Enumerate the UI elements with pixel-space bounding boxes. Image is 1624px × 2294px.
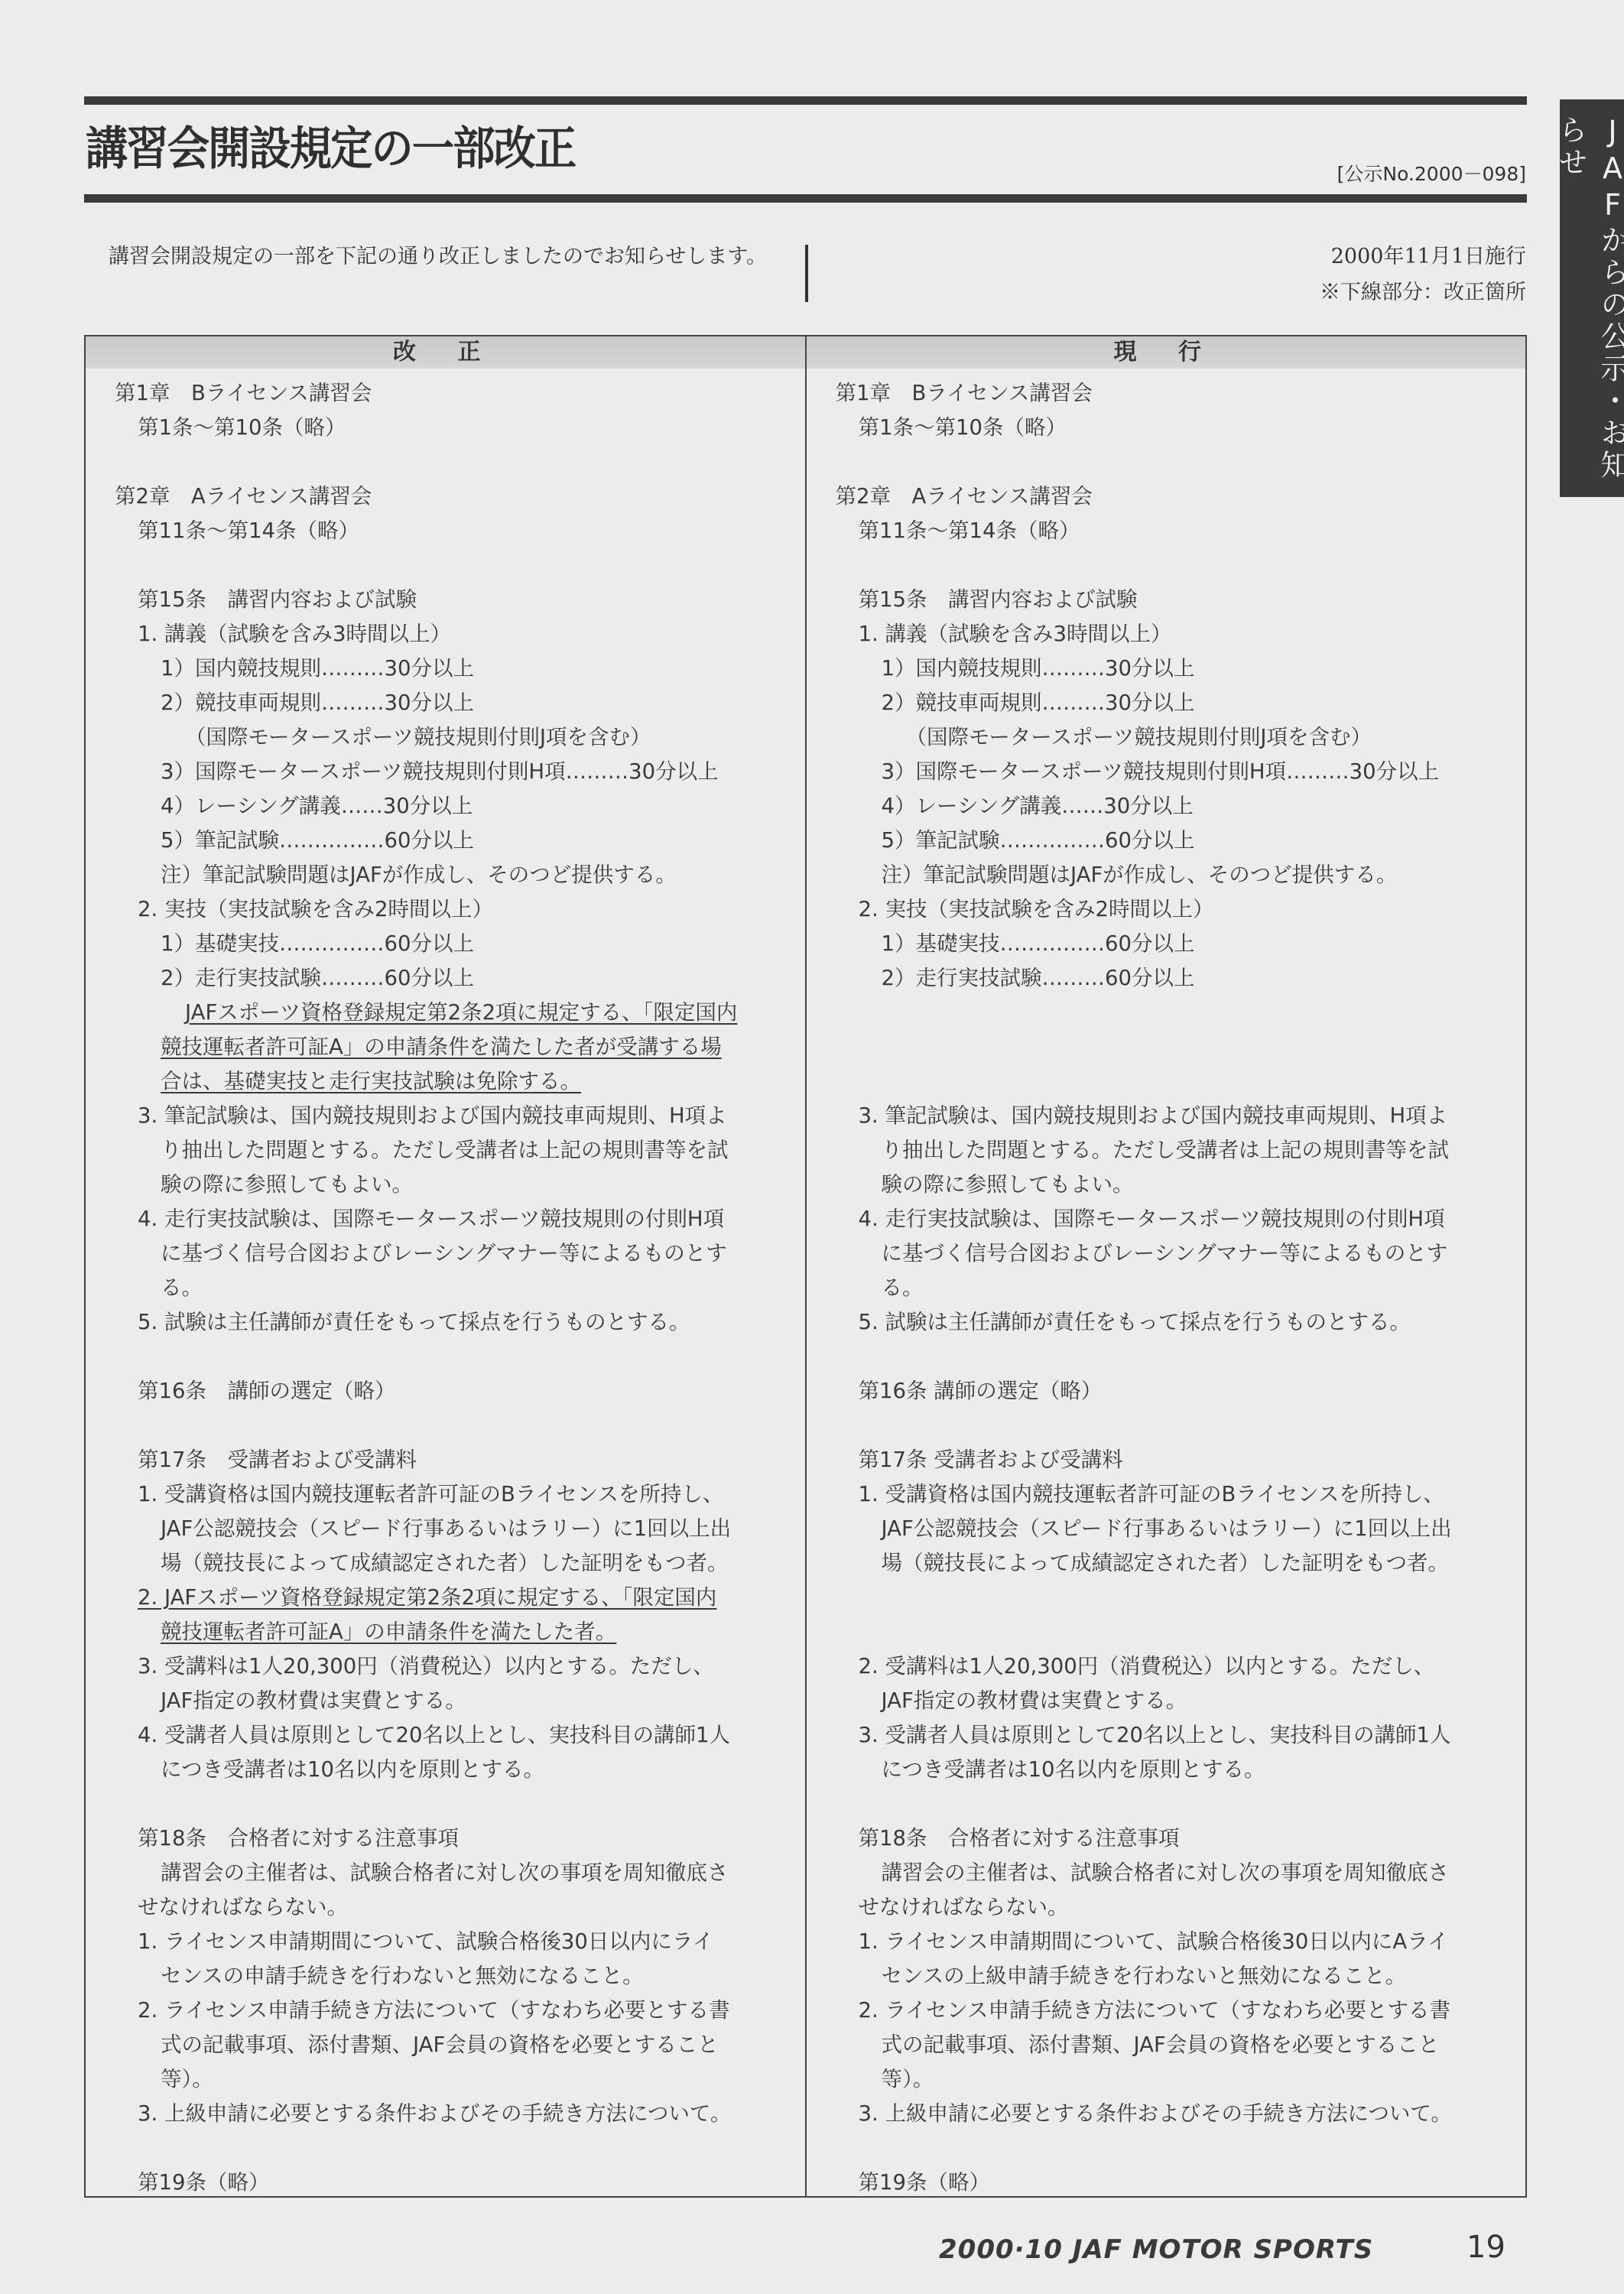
- table-line: 1. 受講資格は国内競技運転者許可証のBライセンスを所持し、: [836, 1477, 1503, 1512]
- spacer: [836, 1615, 1503, 1649]
- table-line: 2）競技車両規則………30分以上: [836, 686, 1503, 720]
- spacer: [836, 548, 1503, 583]
- intro-meta: 2000年11月1日施行 ※下線部分：改正箇所: [1320, 239, 1526, 310]
- column-header-current: 現 行: [807, 336, 1526, 369]
- section-tab: JAFからの公示・お知らせ: [1560, 99, 1624, 497]
- table-line: 2）走行実技試験………60分以上: [836, 961, 1503, 996]
- spacer: [115, 445, 782, 479]
- comparison-table: 改 正 第1章 Bライセンス講習会第1条～第10条（略）第2章 Aライセンス講習…: [84, 335, 1527, 2198]
- spacer: [836, 2131, 1503, 2166]
- table-line: 5）筆記試験……………60分以上: [115, 824, 782, 858]
- spacer: [836, 1581, 1503, 1615]
- table-line: （国際モータースポーツ競技規則付則J項を含む）: [836, 720, 1503, 755]
- table-line: 第1条～第10条（略）: [836, 411, 1503, 445]
- table-line: 第18条 合格者に対する注意事項: [836, 1821, 1503, 1856]
- table-line: る。: [836, 1271, 1503, 1305]
- table-line: 2. 実技（実技試験を含み2時間以上）: [115, 892, 782, 927]
- table-line: 3）国際モータースポーツ競技規則付則H項………30分以上: [836, 755, 1503, 789]
- table-line: 4. 受講者人員は原則として20名以上とし、実技科目の講師1人: [115, 1718, 782, 1753]
- table-line: 第15条 講習内容および試験: [115, 583, 782, 617]
- table-line: 第19条（略）: [836, 2166, 1503, 2200]
- table-line: 講習会の主催者は、試験合格者に対し次の事項を周知徹底さ: [836, 1856, 1503, 1890]
- table-line: JAF公認競技会（スピード行事あるいはラリー）に1回以上出: [115, 1512, 782, 1546]
- table-line: 場（競技長によって成績認定された者）した証明をもつ者。: [836, 1546, 1503, 1581]
- table-line: につき受講者は10名以内を原則とする。: [115, 1753, 782, 1787]
- table-line: 式の記載事項、添付書類、JAF会員の資格を必要とすること: [115, 2028, 782, 2062]
- table-line: 験の際に参照してもよい。: [836, 1168, 1503, 1202]
- table-line: に基づく信号合図およびレーシングマナー等によるものとす: [115, 1236, 782, 1271]
- table-line: 第15条 講習内容および試験: [836, 583, 1503, 617]
- table-line: 第19条（略）: [115, 2166, 782, 2200]
- table-line: 第11条～第14条（略）: [836, 514, 1503, 548]
- table-line: 1. 講義（試験を含み3時間以上）: [836, 617, 1503, 651]
- table-line: 第2章 Aライセンス講習会: [115, 479, 782, 514]
- table-line: 5）筆記試験……………60分以上: [836, 824, 1503, 858]
- table-line: 1）国内競技規則………30分以上: [836, 651, 1503, 686]
- table-line: 1. 講義（試験を含み3時間以上）: [115, 617, 782, 651]
- column-revised: 改 正 第1章 Bライセンス講習会第1条～第10条（略）第2章 Aライセンス講習…: [86, 336, 807, 2196]
- table-line: 第16条 講師の選定（略）: [115, 1374, 782, 1409]
- table-line: JAF指定の教材費は実費とする。: [115, 1684, 782, 1718]
- table-line: 3. 筆記試験は、国内競技規則および国内競技車両規則、H項よ: [115, 1099, 782, 1133]
- spacer: [836, 1340, 1503, 1374]
- table-line: り抽出した問題とする。ただし受講者は上記の規則書等を試: [115, 1133, 782, 1168]
- table-line: 験の際に参照してもよい。: [115, 1168, 782, 1202]
- table-line: 1）基礎実技……………60分以上: [115, 927, 782, 961]
- column-header-revised: 改 正: [86, 336, 805, 369]
- intro-text: 講習会開設規定の一部を下記の通り改正しましたのでお知らせします。: [86, 239, 774, 275]
- table-line: 1）基礎実技……………60分以上: [836, 927, 1503, 961]
- spacer: [115, 1340, 782, 1374]
- table-line: 等）。: [836, 2062, 1503, 2097]
- table-line: 4）レーシング講義……30分以上: [836, 789, 1503, 824]
- column-body-current: 第1章 Bライセンス講習会第1条～第10条（略）第2章 Aライセンス講習会第11…: [807, 369, 1526, 2200]
- table-line: 2. ライセンス申請手続き方法について（すなわち必要とする書: [115, 1993, 782, 2028]
- table-line: JAF公認競技会（スピード行事あるいはラリー）に1回以上出: [836, 1512, 1503, 1546]
- spacer: [836, 1064, 1503, 1099]
- table-line: 第1章 Bライセンス講習会: [836, 376, 1503, 411]
- publication-footer: 2000·10 JAF MOTOR SPORTS: [939, 2234, 1373, 2265]
- title-rule-top: [84, 96, 1527, 105]
- table-line: に基づく信号合図およびレーシングマナー等によるものとす: [836, 1236, 1503, 1271]
- table-line: JAF指定の教材費は実費とする。: [836, 1684, 1503, 1718]
- table-line: 第1条～第10条（略）: [115, 411, 782, 445]
- table-line: 1. 受講資格は国内競技運転者許可証のBライセンスを所持し、: [115, 1477, 782, 1512]
- underline-note: ※下線部分：改正箇所: [1320, 275, 1526, 310]
- table-line: につき受講者は10名以内を原則とする。: [836, 1753, 1503, 1787]
- table-line: 2）走行実技試験………60分以上: [115, 961, 782, 996]
- table-line: 3. 受講者人員は原則として20名以上とし、実技科目の講師1人: [836, 1718, 1503, 1753]
- spacer: [836, 1409, 1503, 1443]
- table-line: 3. 上級申請に必要とする条件およびその手続き方法について。: [836, 2097, 1503, 2131]
- table-line: 4. 走行実技試験は、国際モータースポーツ競技規則の付則H項: [115, 1202, 782, 1236]
- spacer: [115, 1787, 782, 1821]
- table-line: 第11条～第14条（略）: [115, 514, 782, 548]
- table-line: 第16条 講師の選定（略）: [836, 1374, 1503, 1409]
- page-title: 講習会開設規定の一部改正: [86, 115, 575, 184]
- spacer: [115, 2131, 782, 2166]
- table-line: 2. JAFスポーツ資格登録規定第2条2項に規定する、「限定国内: [115, 1581, 782, 1615]
- table-line: 2. 受講料は1人20,300円（消費税込）以内とする。ただし、: [836, 1649, 1503, 1684]
- table-line: 5. 試験は主任講師が責任をもって採点を行うものとする。: [115, 1305, 782, 1340]
- table-line: 4）レーシング講義……30分以上: [115, 789, 782, 824]
- table-line: 3. 筆記試験は、国内競技規則および国内競技車両規則、H項よ: [836, 1099, 1503, 1133]
- table-line: 3. 受講料は1人20,300円（消費税込）以内とする。ただし、: [115, 1649, 782, 1684]
- table-line: 式の記載事項、添付書類、JAF会員の資格を必要とすること: [836, 2028, 1503, 2062]
- table-line: 合は、基礎実技と走行実技試験は免除する。: [115, 1064, 782, 1099]
- page-number: 19: [1466, 2230, 1505, 2265]
- spacer: [115, 1409, 782, 1443]
- table-line: 1）国内競技規則………30分以上: [115, 651, 782, 686]
- table-line: 講習会の主催者は、試験合格者に対し次の事項を周知徹底さ: [115, 1856, 782, 1890]
- spacer: [836, 1030, 1503, 1064]
- spacer: [836, 996, 1503, 1030]
- column-body-revised: 第1章 Bライセンス講習会第1条～第10条（略）第2章 Aライセンス講習会第11…: [86, 369, 805, 2200]
- table-line: センスの上級申請手続きを行わないと無効になること。: [836, 1959, 1503, 1993]
- table-line: 等）。: [115, 2062, 782, 2097]
- table-line: 競技運転者許可証A」の申請条件を満たした者。: [115, 1615, 782, 1649]
- spacer: [836, 1787, 1503, 1821]
- effective-date: 2000年11月1日施行: [1320, 239, 1526, 275]
- table-line: 注）筆記試験問題はJAFが作成し、そのつど提供する。: [115, 858, 782, 892]
- table-line: 第17条 受講者および受講料: [836, 1443, 1503, 1477]
- table-line: JAFスポーツ資格登録規定第2条2項に規定する、「限定国内: [115, 996, 782, 1030]
- table-line: 2）競技車両規則………30分以上: [115, 686, 782, 720]
- spacer: [836, 445, 1503, 479]
- table-line: 3）国際モータースポーツ競技規則付則H項………30分以上: [115, 755, 782, 789]
- spacer: [115, 548, 782, 583]
- table-line: 場（競技長によって成績認定された者）した証明をもつ者。: [115, 1546, 782, 1581]
- table-line: る。: [115, 1271, 782, 1305]
- table-line: 注）筆記試験問題はJAFが作成し、そのつど提供する。: [836, 858, 1503, 892]
- table-line: （国際モータースポーツ競技規則付則J項を含む）: [115, 720, 782, 755]
- table-line: 2. 実技（実技試験を含み2時間以上）: [836, 892, 1503, 927]
- table-line: 2. ライセンス申請手続き方法について（すなわち必要とする書: [836, 1993, 1503, 2028]
- table-line: 3. 上級申請に必要とする条件およびその手続き方法について。: [115, 2097, 782, 2131]
- table-line: 4. 走行実技試験は、国際モータースポーツ競技規則の付則H項: [836, 1202, 1503, 1236]
- table-line: り抽出した問題とする。ただし受講者は上記の規則書等を試: [836, 1133, 1503, 1168]
- table-line: せなければならない。: [115, 1890, 782, 1925]
- title-rule-bottom: [84, 194, 1527, 203]
- table-line: 1. ライセンス申請期間について、試験合格後30日以内にライ: [115, 1925, 782, 1959]
- table-line: 第17条 受講者および受講料: [115, 1443, 782, 1477]
- table-line: 競技運転者許可証A」の申請条件を満たした者が受講する場: [115, 1030, 782, 1064]
- table-line: 5. 試験は主任講師が責任をもって採点を行うものとする。: [836, 1305, 1503, 1340]
- table-line: 第18条 合格者に対する注意事項: [115, 1821, 782, 1856]
- table-line: センスの申請手続きを行わないと無効になること。: [115, 1959, 782, 1993]
- table-line: 第1章 Bライセンス講習会: [115, 376, 782, 411]
- column-current: 現 行 第1章 Bライセンス講習会第1条～第10条（略）第2章 Aライセンス講習…: [807, 336, 1526, 2196]
- table-line: せなければならない。: [836, 1890, 1503, 1925]
- table-line: 1. ライセンス申請期間について、試験合格後30日以内にAライ: [836, 1925, 1503, 1959]
- table-line: 第2章 Aライセンス講習会: [836, 479, 1503, 514]
- intro-divider: [805, 245, 808, 302]
- notice-number: [公示No.2000－098]: [1337, 159, 1526, 187]
